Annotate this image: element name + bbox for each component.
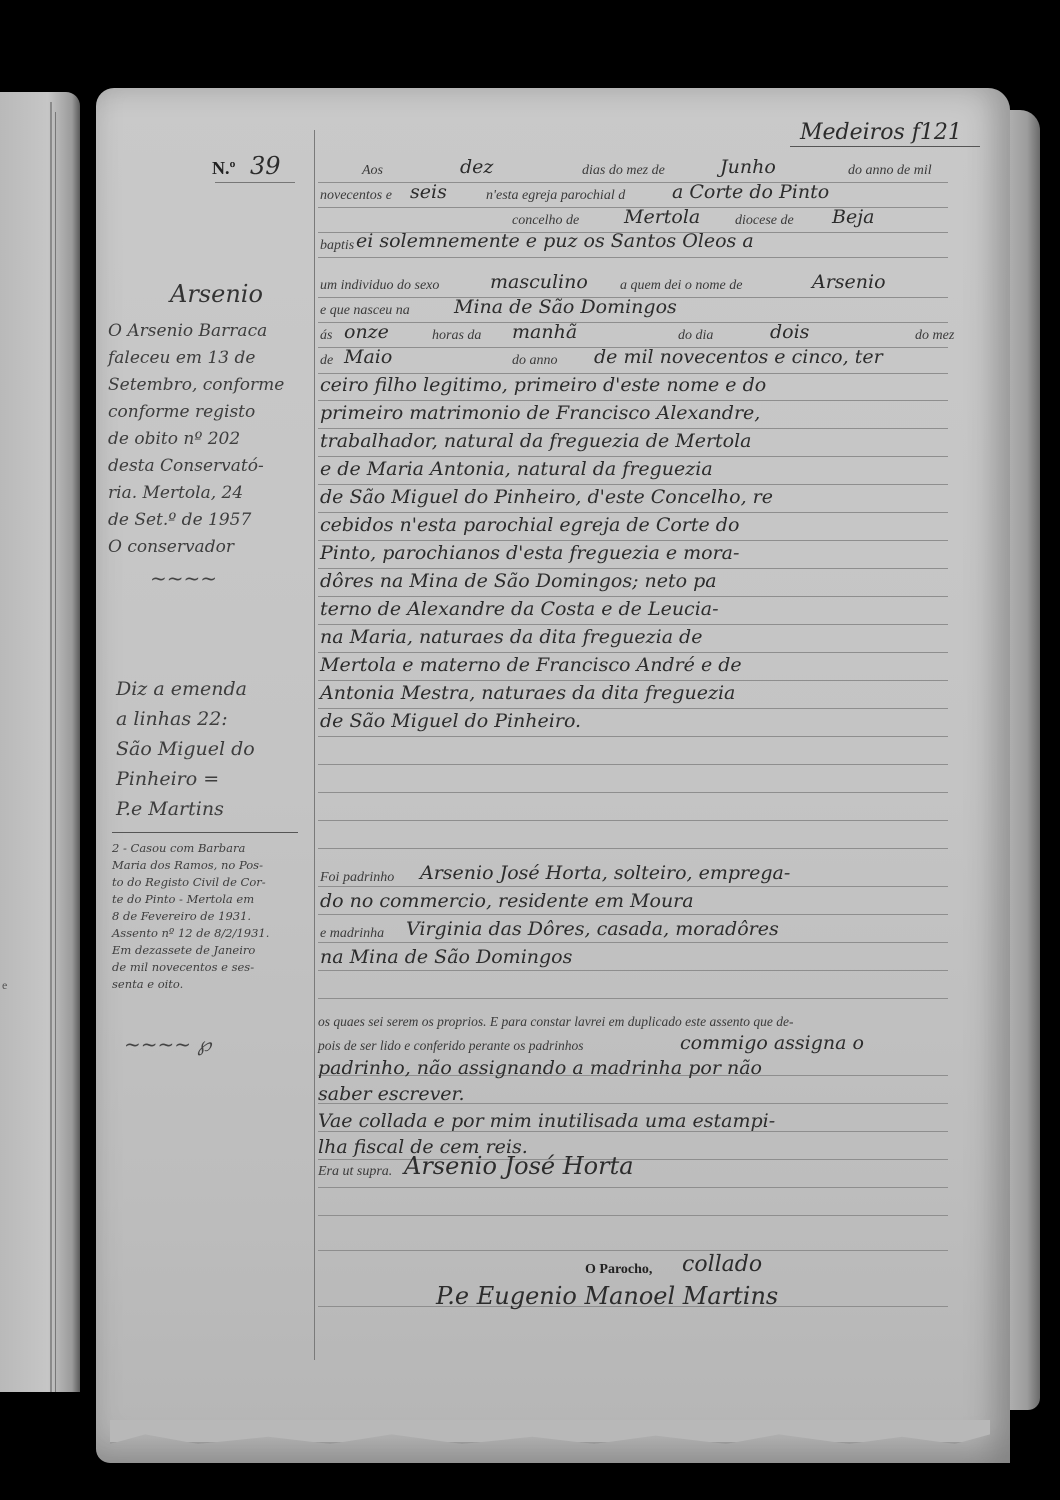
folio-underline xyxy=(790,146,980,147)
death-note-line: ria. Mertola, 24 xyxy=(108,480,284,507)
priest-title: collado xyxy=(682,1252,762,1277)
godfather-details: do no commercio, residente em Moura xyxy=(320,890,694,912)
marriage-note-line: Assento nº 12 de 8/2/1931. xyxy=(112,925,269,942)
record-body-line: na Maria, naturaes da dita freguezia de xyxy=(320,626,702,648)
printed-text: um individuo do sexo xyxy=(320,278,439,294)
margin-separator xyxy=(112,832,298,833)
page-edge xyxy=(50,102,52,1392)
death-note-signature: ~~~~ xyxy=(150,566,217,590)
stamp-note: Vae collada e por mim inutilisada uma es… xyxy=(318,1110,775,1132)
ruled-line xyxy=(318,456,948,457)
godmother: Virginia das Dôres, casada, moradôres xyxy=(406,918,779,940)
ruled-line xyxy=(318,322,948,323)
printed-text: dias do mez de xyxy=(582,163,665,179)
emenda-line: Pinheiro = xyxy=(116,764,255,794)
ruled-line xyxy=(318,624,948,625)
death-note: O Arsenio Barraca faleceu em 13 de Setem… xyxy=(108,318,284,561)
ruled-line xyxy=(318,914,948,915)
ruled-line xyxy=(318,998,948,999)
printed-text: do mez xyxy=(915,328,954,344)
birthplace: Mina de São Domingos xyxy=(454,296,677,318)
baptism-statement: ei solemnemente e puz os Santos Oleos a xyxy=(356,230,754,252)
marriage-note-line: 8 de Fevereiro de 1931. xyxy=(112,908,269,925)
printed-text: diocese de xyxy=(735,213,794,229)
death-note-line: O conservador xyxy=(108,534,284,561)
godfather: Arsenio José Horta, solteiro, emprega- xyxy=(420,862,790,884)
ruled-line xyxy=(318,652,948,653)
printed-text: novecentos e xyxy=(320,188,392,204)
ruled-line xyxy=(318,736,948,737)
printed-text: do anno xyxy=(512,353,558,369)
ruled-line xyxy=(318,708,948,709)
margin-divider xyxy=(314,130,315,1360)
closing-text: saber escrever. xyxy=(318,1083,465,1105)
ruled-line xyxy=(318,848,948,849)
printed-text: e que nasceu na xyxy=(320,303,410,319)
death-note-line: conforme registo xyxy=(108,399,284,426)
printed-text: concelho de xyxy=(512,213,579,229)
folio-annotation: Medeiros f121 xyxy=(800,120,962,145)
record-number-underline xyxy=(215,182,295,183)
ruled-line xyxy=(318,540,948,541)
ruled-line xyxy=(318,820,948,821)
priest-signature: P.e Eugenio Manoel Martins xyxy=(436,1282,778,1310)
record-body-line: de São Miguel do Pinheiro, d'este Concel… xyxy=(320,486,773,508)
ruled-line xyxy=(318,680,948,681)
closing-text: padrinho, não assignando a madrinha por … xyxy=(318,1057,762,1079)
concelho: Mertola xyxy=(624,206,700,228)
ruled-line xyxy=(318,484,948,485)
printed-text: Aos xyxy=(362,163,383,179)
record-body-line: dôres na Mina de São Domingos; neto pa xyxy=(320,570,717,592)
emenda-note: Diz a emenda a linhas 22: São Miguel do … xyxy=(116,674,255,824)
printed-text: n'esta egreja parochial d xyxy=(486,188,625,204)
godmother-details: na Mina de São Domingos xyxy=(320,946,572,968)
printed-text: do anno de mil xyxy=(848,163,932,179)
printed-text: os quaes sei serem os proprios. E para c… xyxy=(318,1014,793,1030)
left-page-mark: e xyxy=(2,978,7,993)
printed-text: e madrinha xyxy=(320,926,384,942)
page-edge xyxy=(55,112,56,1392)
emenda-line: P.e Martins xyxy=(116,794,255,824)
death-note-line: Setembro, conforme xyxy=(108,372,284,399)
birth-month: Maio xyxy=(344,346,392,368)
priest-label: O Parocho, xyxy=(585,1262,652,1278)
closing-text: commigo assigna o xyxy=(680,1032,864,1054)
ruled-line xyxy=(318,1215,948,1216)
birth-day: dois xyxy=(770,321,809,343)
godfather-signature: Arsenio José Horta xyxy=(404,1152,634,1180)
baptism-day: dez xyxy=(460,156,493,178)
ruled-line xyxy=(318,257,948,258)
ruled-line xyxy=(318,1187,948,1188)
record-body-line: cebidos n'esta parochial egreja de Corte… xyxy=(320,514,739,536)
sex: masculino xyxy=(490,271,588,293)
printed-text: baptis xyxy=(320,238,354,254)
death-note-line: O Arsenio Barraca xyxy=(108,318,284,345)
record-number: 39 xyxy=(250,152,281,180)
printed-text: a quem dei o nome de xyxy=(620,278,742,294)
record-body-line: ceiro filho legitimo, primeiro d'este no… xyxy=(320,374,766,396)
printed-text: de xyxy=(320,353,333,369)
record-body-line: Mertola e materno de Francisco André e d… xyxy=(320,654,742,676)
record-body-line: primeiro matrimonio de Francisco Alexand… xyxy=(320,402,760,424)
printed-text: Era ut supra. xyxy=(318,1164,392,1180)
baptism-year: seis xyxy=(410,181,447,203)
record-body-line: terno de Alexandre da Costa e de Leucia- xyxy=(320,598,719,620)
record-body-line: Pinto, parochianos d'esta freguezia e mo… xyxy=(320,542,739,564)
ruled-line xyxy=(318,400,948,401)
marriage-note-line: de mil novecentos e ses- xyxy=(112,959,269,976)
ruled-line xyxy=(318,970,948,971)
death-note-line: de obito nº 202 xyxy=(108,426,284,453)
ruled-line xyxy=(318,428,948,429)
marriage-note-line: te do Pinto - Mertola em xyxy=(112,891,269,908)
record-body-line: de São Miguel do Pinheiro. xyxy=(320,710,581,732)
emenda-line: Diz a emenda xyxy=(116,674,255,704)
ruled-line xyxy=(318,1250,948,1251)
record-body-line: Antonia Mestra, naturaes da dita freguez… xyxy=(320,682,735,704)
record-body-line: trabalhador, natural da freguezia de Mer… xyxy=(320,430,752,452)
ruled-line xyxy=(318,596,948,597)
page-stack-edge xyxy=(1008,110,1040,1410)
record-body-line: e de Maria Antonia, natural da freguezia xyxy=(320,458,713,480)
emenda-line: São Miguel do xyxy=(116,734,255,764)
child-name: Arsenio xyxy=(812,271,886,293)
death-note-line: desta Conservató- xyxy=(108,453,284,480)
ruled-line xyxy=(318,512,948,513)
adjacent-left-page xyxy=(0,92,80,1392)
ruled-line xyxy=(318,568,948,569)
marriage-note-line: 2 - Casou com Barbara xyxy=(112,840,269,857)
ruled-line xyxy=(318,764,948,765)
printed-text: Foi padrinho xyxy=(320,870,394,886)
death-note-line: de Set.º de 1957 xyxy=(108,507,284,534)
emenda-line: a linhas 22: xyxy=(116,704,255,734)
marriage-note-signature: ~~~~ ℘ xyxy=(124,1032,211,1056)
printed-text: pois de ser lido e conferido perante os … xyxy=(318,1038,583,1054)
ruled-line xyxy=(318,792,948,793)
marriage-note-line: to do Registo Civil de Cor- xyxy=(112,874,269,891)
printed-text: horas da xyxy=(432,328,481,344)
parish: a Corte do Pinto xyxy=(672,181,829,203)
baptism-month: Junho xyxy=(720,156,776,178)
diocese: Beja xyxy=(832,206,874,228)
margin-child-name: Arsenio xyxy=(170,280,263,308)
ruled-line xyxy=(318,886,948,887)
printed-text: do dia xyxy=(678,328,713,344)
ruled-line xyxy=(318,942,948,943)
record-number-label: N.º xyxy=(212,158,235,179)
birth-hour: onze xyxy=(344,321,389,343)
marriage-note: 2 - Casou com Barbara Maria dos Ramos, n… xyxy=(112,840,269,993)
birth-year: de mil novecentos e cinco, ter xyxy=(594,346,883,368)
printed-text: ás xyxy=(320,328,332,344)
marriage-note-line: Em dezassete de Janeiro xyxy=(112,942,269,959)
death-note-line: faleceu em 13 de xyxy=(108,345,284,372)
marriage-note-line: senta e oito. xyxy=(112,976,269,993)
birth-period: manhã xyxy=(512,321,577,343)
marriage-note-line: Maria dos Ramos, no Pos- xyxy=(112,857,269,874)
